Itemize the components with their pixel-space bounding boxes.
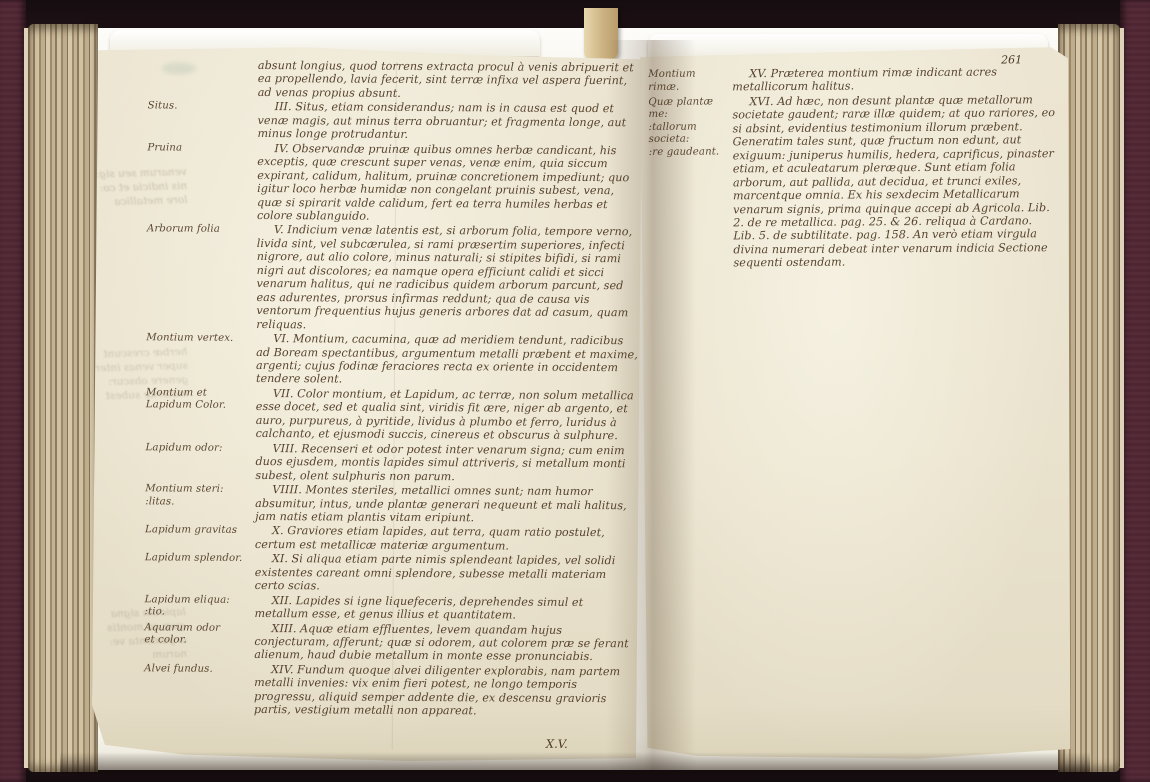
- margin-note-label: Montium vertex.: [146, 331, 248, 385]
- margin-note-label: Lapidum gravitas: [145, 524, 247, 552]
- margin-note-label: [148, 58, 250, 99]
- manuscript-paragraph: XV. Præterea montium rimæ indicant acres…: [732, 65, 1056, 94]
- manuscript-paragraph: III. Situs, etiam considerandus; nam is …: [257, 100, 639, 143]
- margin-note-label: Alvei fundus.: [144, 662, 246, 716]
- margin-note-label: Pruina: [147, 141, 249, 222]
- manuscript-paragraph: VIIII. Montes steriles, metallici omnes …: [255, 483, 637, 526]
- margin-note-label: Montium steri: :litas.: [145, 482, 247, 523]
- manuscript-paragraph: X. Graviores etiam lapides, aut terra, q…: [255, 524, 637, 553]
- catchword: X.V.: [546, 737, 568, 751]
- manuscript-paragraph: XII. Lapides si igne liquefeceris, depre…: [254, 594, 636, 623]
- right-page-text-block: Montium rimæ.XV. Præterea montium rimæ i…: [648, 65, 1057, 271]
- manuscript-paragraph: VII. Color montium, et Lapidum, ac terræ…: [256, 387, 638, 443]
- book-cover-left-edge: [0, 0, 26, 782]
- margin-note-label: Quæ plantæ me: :tallorum societa: :re ga…: [648, 95, 725, 270]
- left-manuscript-page: venarum seu sig: nis indicia et co: lore…: [92, 46, 642, 765]
- book-cover-right-edge: [1120, 0, 1150, 782]
- margin-note-label: Montium rimæ.: [648, 67, 724, 94]
- gutter-spine-fold: [584, 8, 618, 60]
- margin-note-label: Aquarum odor et color.: [144, 621, 246, 662]
- manuscript-paragraph: XIV. Fundum quoque alvei diligenter expl…: [254, 663, 636, 719]
- manuscript-paragraph: XVI. Ad hæc, non desunt plantæ quæ metal…: [732, 93, 1057, 270]
- right-manuscript-page: 261 Montium rimæ.XV. Præterea montium ri…: [640, 47, 1073, 762]
- margin-note-label: Lapidum splendor.: [145, 552, 247, 593]
- manuscript-paragraph: absunt longius, quod torrens extracta pr…: [258, 59, 640, 102]
- page-stack-fore-edge-left: [28, 24, 98, 772]
- manuscript-paragraph: IV. Observandæ pruinæ quibus omnes herbæ…: [257, 142, 639, 225]
- manuscript-paragraph: XIII. Aquæ etiam effluentes, levem quand…: [254, 622, 636, 665]
- manuscript-paragraph: VI. Montium, cacumina, quæ ad meridiem t…: [256, 332, 638, 388]
- left-page-text-block: absunt longius, quod torrens extracta pr…: [144, 58, 640, 719]
- margin-note-label: Montium et Lapidum Color.: [146, 386, 248, 440]
- margin-note-label: Lapidum odor:: [145, 441, 247, 482]
- open-manuscript-book-photo: venarum seu sig: nis indicia et co: lore…: [0, 0, 1150, 782]
- margin-note-label: Lapidum eliqua: :tio.: [144, 593, 246, 621]
- margin-note-label: Arborum folia: [146, 223, 249, 331]
- margin-note-label: Situs.: [147, 100, 249, 141]
- manuscript-paragraph: XI. Si aliqua etiam parte nimis splendea…: [255, 552, 637, 595]
- manuscript-paragraph: VIII. Recenseri et odor potest inter ven…: [255, 442, 637, 485]
- manuscript-paragraph: V. Indicium venæ latentis est, si arboru…: [256, 223, 639, 333]
